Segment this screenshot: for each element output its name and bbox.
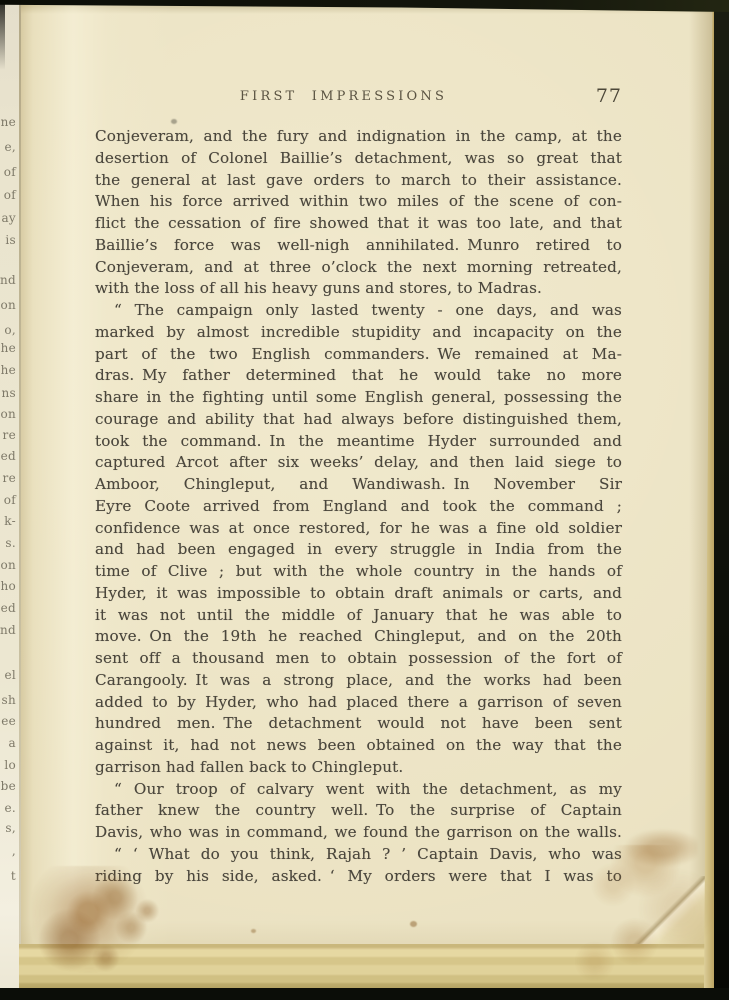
text-line: Carangooly. It was a strong place, and t… <box>95 670 622 692</box>
text-line: the general at last gave orders to march… <box>95 170 622 192</box>
text-line: riding by his side, asked. ‘ My orders w… <box>95 866 622 888</box>
text-line: took the command. In the meantime Hyder … <box>95 431 622 453</box>
edge-text-fragment: el <box>4 669 16 682</box>
text-line: part of the two English commanders. We r… <box>95 344 622 366</box>
edge-text-fragment: ed <box>1 602 16 615</box>
text-line: time of Clive ; but with the whole count… <box>95 561 622 583</box>
edge-text-fragment: e, <box>4 141 16 154</box>
edge-text-fragment: s. <box>5 537 16 550</box>
edge-text-fragment: , <box>12 845 16 858</box>
text-line: hundred men. The detachment would not ha… <box>95 713 622 735</box>
edge-text-fragment: s, <box>5 822 16 835</box>
edge-text-fragment: o, <box>4 324 16 337</box>
text-line: marked by almost incredible stupidity an… <box>95 322 622 344</box>
page-corner-fold <box>632 876 716 944</box>
text-line: confidence was at once restored, for he … <box>95 518 622 540</box>
edge-text-fragment: ne <box>1 116 16 129</box>
book-cover-right-edge <box>714 0 729 1000</box>
text-line: dras. My father determined that he would… <box>95 365 622 387</box>
text-line: “ The campaign only lasted twenty - one … <box>95 300 622 322</box>
text-line: with the loss of all his heavy guns and … <box>95 278 622 300</box>
scanned-book-page: nee,ofofayisndono,hehensonreedreofk-s.on… <box>0 0 729 1000</box>
text-line: and had been engaged in every struggle i… <box>95 539 622 561</box>
text-line: desertion of Colonel Baillie’s detachmen… <box>95 148 622 170</box>
edge-text-fragment: on <box>0 559 16 572</box>
text-line: “ Our troop of calvary went with the det… <box>95 779 622 801</box>
running-header-title: FIRST IMPRESSIONS <box>95 89 622 104</box>
text-line: courage and ability that had always befo… <box>95 409 622 431</box>
text-line: When his force arrived within two miles … <box>95 191 622 213</box>
edge-text-fragment: nd <box>0 624 16 637</box>
text-line: Baillie’s force was well-nigh annihilate… <box>95 235 622 257</box>
edge-text-fragment: be <box>1 780 16 793</box>
edge-text-fragment: k- <box>4 515 16 528</box>
text-line: Amboor, Chingleput, and Wandiwash. In No… <box>95 474 622 496</box>
body-text: Conjeveram, and the fury and indignation… <box>95 126 622 887</box>
edge-text-fragment: ee <box>1 715 16 728</box>
edge-text-fragment: ed <box>1 450 16 463</box>
text-line: added to by Hyder, who had placed there … <box>95 692 622 714</box>
edge-text-fragment: he <box>1 364 16 377</box>
text-line: flict the cessation of fire showed that … <box>95 213 622 235</box>
edge-text-fragment: sh <box>2 694 17 707</box>
edge-text-fragment: on <box>0 299 16 312</box>
text-line: share in the fighting until some English… <box>95 387 622 409</box>
edge-text-fragment: t <box>11 870 16 883</box>
edge-text-fragment: nd <box>0 274 16 287</box>
left-page-edge: nee,ofofayisndono,hehensonreedreofk-s.on… <box>0 0 21 992</box>
edge-text-fragment: on <box>0 408 16 421</box>
edge-text-fragment: re <box>3 429 16 442</box>
text-line: sent off a thousand men to obtain posses… <box>95 648 622 670</box>
text-line: Eyre Coote arrived from England and took… <box>95 496 622 518</box>
edge-text-fragment: e. <box>4 802 16 815</box>
page-fore-edge-bottom <box>19 944 716 990</box>
edge-text-fragment: ns <box>2 387 17 400</box>
edge-text-fragment: a <box>9 737 16 750</box>
edge-text-fragment: ho <box>0 580 16 593</box>
text-line: “ ‘ What do you think, Rajah ? ’ Captain… <box>95 844 622 866</box>
edge-text-fragment: lo <box>4 759 16 772</box>
edge-text-fragment: of <box>4 494 16 507</box>
edge-text-fragment: of <box>4 189 16 202</box>
text-line: father knew the country well. To the sur… <box>95 800 622 822</box>
text-line: Conjeveram, and at three o’clock the nex… <box>95 257 622 279</box>
text-line: it was not until the middle of January t… <box>95 605 622 627</box>
page-number: 77 <box>596 85 622 107</box>
text-line: Hyder, it was impossible to obtain draft… <box>95 583 622 605</box>
edge-text-fragment: ay <box>1 212 16 225</box>
text-line: move. On the 19th he reached Chingleput,… <box>95 626 622 648</box>
edge-text-fragment: of <box>4 166 16 179</box>
text-line: captured Arcot after six weeks’ delay, a… <box>95 452 622 474</box>
text-line: against it, had not news been obtained o… <box>95 735 622 757</box>
edge-text-fragment: he <box>1 342 16 355</box>
text-line: Conjeveram, and the fury and indignation… <box>95 126 622 148</box>
edge-text-fragment: re <box>3 472 16 485</box>
text-line: garrison had fallen back to Chingleput. <box>95 757 622 779</box>
edge-text-fragment: is <box>5 234 16 247</box>
text-line: Davis, who was in command, we found the … <box>95 822 622 844</box>
book-cover-bottom-edge <box>0 988 729 1000</box>
